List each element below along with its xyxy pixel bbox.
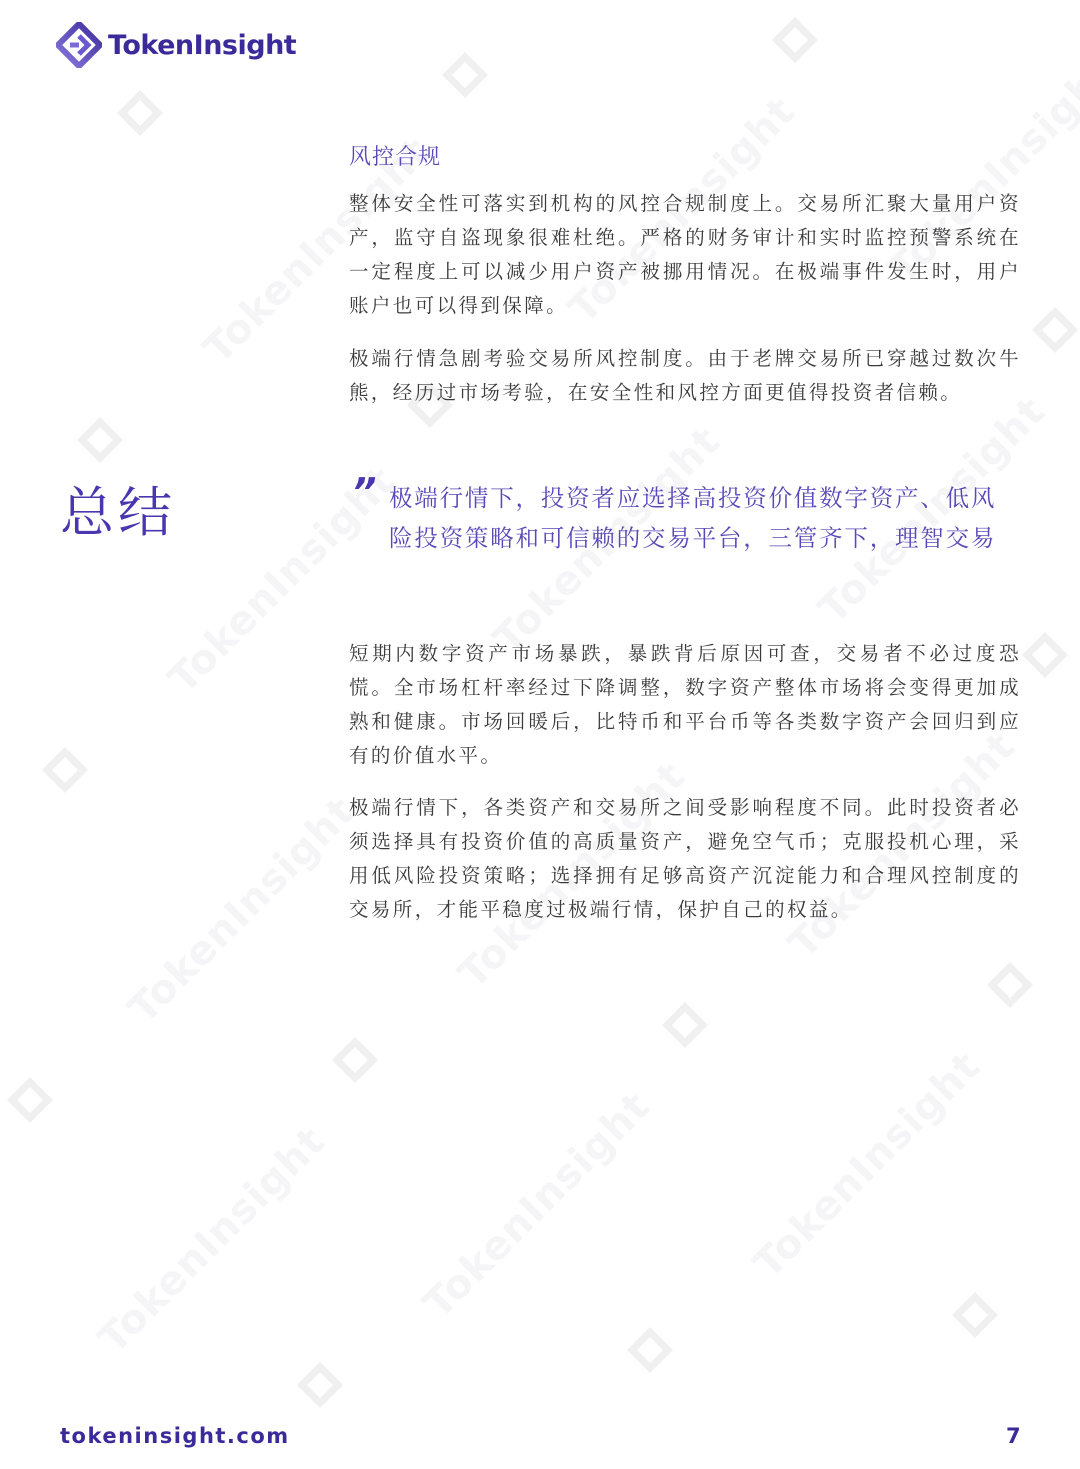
watermark-logo-icon (770, 15, 820, 65)
watermark-text: TokenInsight (120, 788, 364, 1032)
pull-quote: 极端行情下，投资者应选择高投资价值数字资产、低风险投资策略和可信赖的交易平台，三… (389, 478, 1019, 558)
footer-website-link[interactable]: tokeninsight.com (60, 1424, 290, 1448)
risk-paragraph-1-container: 整体安全性可落实到机构的风控合规制度上。交易所汇聚大量用户资产，监守自盗现象很难… (349, 187, 1021, 323)
quote-mark-icon: ” (352, 470, 376, 514)
page-number: 7 (1006, 1424, 1021, 1448)
watermark-logo-icon (75, 415, 125, 465)
watermark-logo-icon (440, 50, 490, 100)
watermark-text: TokenInsight (90, 1118, 334, 1362)
watermark-logo-icon (115, 88, 165, 138)
watermark-logo-icon (295, 1360, 345, 1410)
watermark-logo-icon (1030, 305, 1080, 355)
watermark-logo-icon (625, 1325, 675, 1375)
tokeninsight-logo-icon (56, 22, 102, 68)
watermark-logo-icon (950, 1290, 1000, 1340)
section-subheading: 风控合规 (349, 140, 441, 171)
brand-name: TokenInsight (108, 30, 296, 61)
body-paragraph: 短期内数字资产市场暴跌，暴跌背后原因可查，交易者不必过度恐慌。全市场杠杆率经过下… (349, 637, 1021, 773)
watermark-logo-icon (660, 1000, 710, 1050)
watermark-text: TokenInsight (415, 1083, 659, 1327)
brand-header: TokenInsight (56, 22, 296, 68)
watermark-logo-icon (40, 745, 90, 795)
summary-paragraph-1-container: 短期内数字资产市场暴跌，暴跌背后原因可查，交易者不必过度恐慌。全市场杠杆率经过下… (349, 637, 1021, 773)
watermark-logo-icon (330, 1035, 380, 1085)
section-title: 总结 (60, 470, 176, 547)
risk-paragraph-2-container: 极端行情急剧考验交易所风控制度。由于老牌交易所已穿越过数次牛熊，经历过市场考验，… (349, 342, 1021, 410)
body-paragraph: 极端行情急剧考验交易所风控制度。由于老牌交易所已穿越过数次牛熊，经历过市场考验，… (349, 342, 1021, 410)
summary-paragraph-2-container: 极端行情下，各类资产和交易所之间受影响程度不同。此时投资者必须选择具有投资价值的… (349, 791, 1021, 927)
body-paragraph: 整体安全性可落实到机构的风控合规制度上。交易所汇聚大量用户资产，监守自盗现象很难… (349, 187, 1021, 323)
watermark-logo-icon (1020, 630, 1070, 680)
watermark-logo-icon (985, 960, 1035, 1010)
watermark-text: TokenInsight (745, 1043, 989, 1287)
body-paragraph: 极端行情下，各类资产和交易所之间受影响程度不同。此时投资者必须选择具有投资价值的… (349, 791, 1021, 927)
watermark-logo-icon (5, 1075, 55, 1125)
